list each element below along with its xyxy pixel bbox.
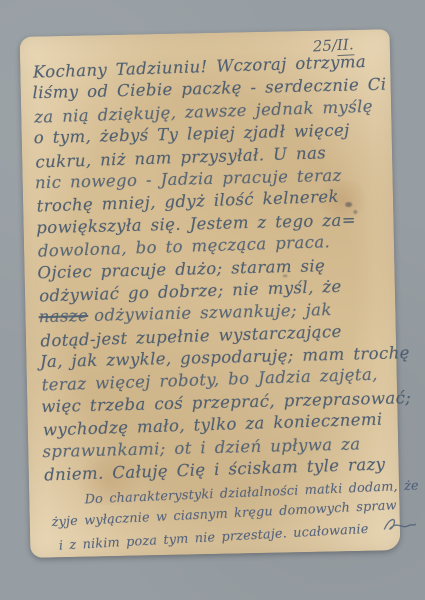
postscript-note: Do charakterystyki działalności matki do… bbox=[50, 477, 391, 558]
postcard: 25/II. Kochany Tadziuniu! Wczoraj otrzym… bbox=[20, 29, 401, 558]
crossed-out-word: nasze bbox=[39, 306, 89, 326]
letter-body: Kochany Tadziuniu! Wczoraj otrzyma liśmy… bbox=[32, 51, 395, 486]
signature-flourish-icon bbox=[382, 514, 417, 541]
